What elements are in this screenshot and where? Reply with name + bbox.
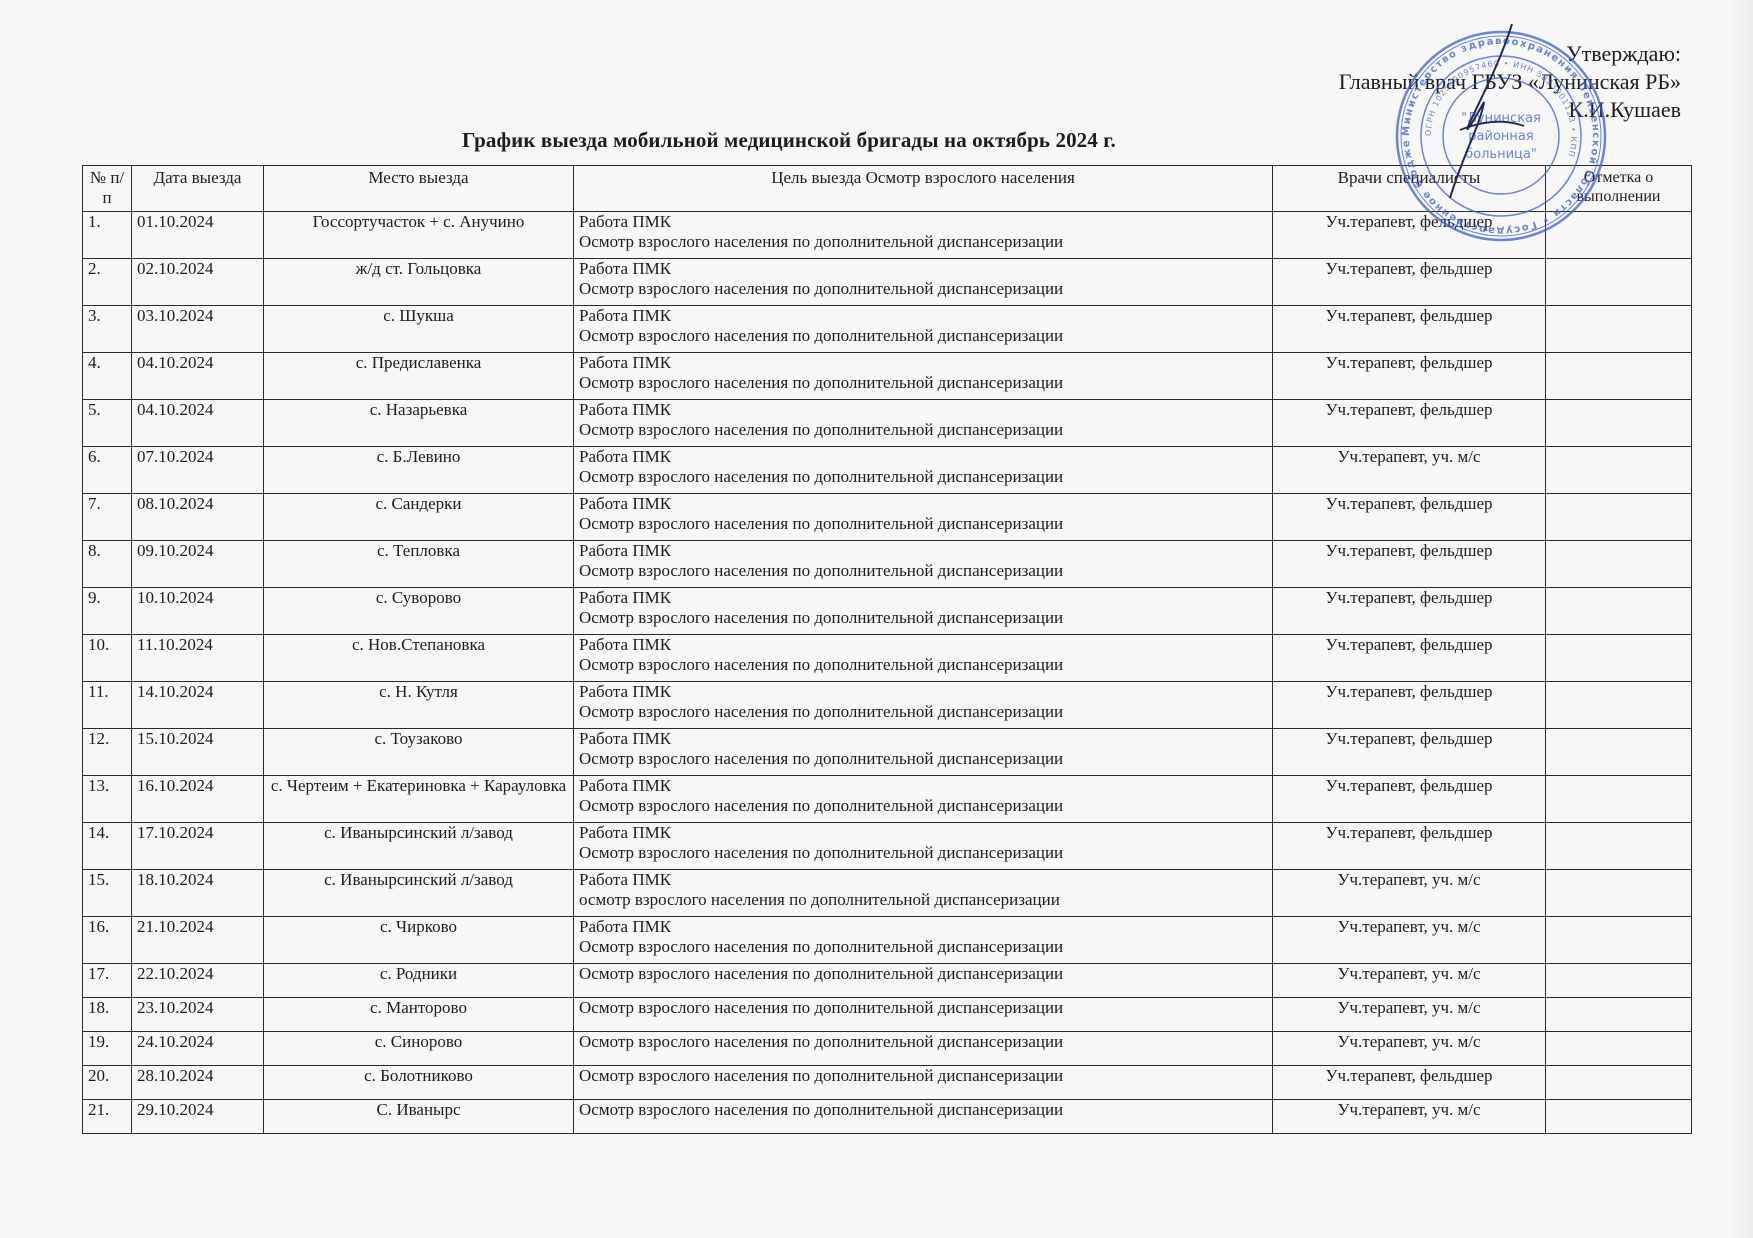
departure-date: 08.10.2024 xyxy=(132,494,264,541)
goal-line-exam: Осмотр взрослого населения по дополнител… xyxy=(579,998,1267,1018)
departure-place: с. Иванырсинский л/завод xyxy=(264,823,574,870)
row-number: 9. xyxy=(83,588,132,635)
header-date: Дата выезда xyxy=(132,166,264,212)
row-number: 4. xyxy=(83,353,132,400)
departure-date: 17.10.2024 xyxy=(132,823,264,870)
goal-line-exam: Осмотр взрослого населения по дополнител… xyxy=(579,279,1267,299)
goal-line-work: Работа ПМК xyxy=(579,917,1267,937)
table-row: 4.04.10.2024с. ПредиславенкаРабота ПМКОс… xyxy=(83,353,1692,400)
table-row: 1.01.10.2024Госсортучасток + с. АнучиноР… xyxy=(83,212,1692,259)
goal-line-exam: Осмотр взрослого населения по дополнител… xyxy=(579,655,1267,675)
approval-block: Утверждаю: Главный врач ГБУЗ «Лунинская … xyxy=(1339,40,1681,124)
specialists: Уч.терапевт, уч. м/с xyxy=(1273,447,1546,494)
table-row: 16.21.10.2024с. ЧирковоРабота ПМКОсмотр … xyxy=(83,917,1692,964)
departure-date: 29.10.2024 xyxy=(132,1100,264,1134)
goal-line-exam: осмотр взрослого населения по дополнител… xyxy=(579,890,1267,910)
departure-goal: Осмотр взрослого населения по дополнител… xyxy=(574,1032,1273,1066)
departure-place: Госсортучасток + с. Анучино xyxy=(264,212,574,259)
departure-goal: Работа ПМКОсмотр взрослого населения по … xyxy=(574,729,1273,776)
goal-line-work: Работа ПМК xyxy=(579,447,1267,467)
table-row: 6.07.10.2024с. Б.ЛевиноРабота ПМКОсмотр … xyxy=(83,447,1692,494)
goal-line-work: Работа ПМК xyxy=(579,635,1267,655)
approval-position: Главный врач ГБУЗ «Лунинская РБ» xyxy=(1339,68,1681,96)
goal-line-exam: Осмотр взрослого населения по дополнител… xyxy=(579,964,1267,984)
table-row: 20.28.10.2024с. БолотниковоОсмотр взросл… xyxy=(83,1066,1692,1100)
departure-goal: Работа ПМКОсмотр взрослого населения по … xyxy=(574,588,1273,635)
completion-mark-cell[interactable] xyxy=(1546,306,1692,353)
goal-line-exam: Осмотр взрослого населения по дополнител… xyxy=(579,373,1267,393)
departure-goal: Работа ПМКОсмотр взрослого населения по … xyxy=(574,541,1273,588)
goal-line-exam: Осмотр взрослого населения по дополнител… xyxy=(579,514,1267,534)
table-row: 14.17.10.2024с. Иванырсинский л/заводРаб… xyxy=(83,823,1692,870)
header-doctors: Врачи специалисты xyxy=(1273,166,1546,212)
departure-place: С. Иванырс xyxy=(264,1100,574,1134)
departure-date: 11.10.2024 xyxy=(132,635,264,682)
goal-line-work: Работа ПМК xyxy=(579,588,1267,608)
row-number: 11. xyxy=(83,682,132,729)
completion-mark-cell[interactable] xyxy=(1546,447,1692,494)
page-edge-shadow xyxy=(1729,0,1753,1238)
goal-line-exam: Осмотр взрослого населения по дополнител… xyxy=(579,843,1267,863)
header-mark: Отметка о выполнении xyxy=(1546,166,1692,212)
goal-line-work: Работа ПМК xyxy=(579,212,1267,232)
goal-line-exam: Осмотр взрослого населения по дополнител… xyxy=(579,232,1267,252)
goal-line-work: Работа ПМК xyxy=(579,306,1267,326)
table-row: 2.02.10.2024ж/д ст. ГольцовкаРабота ПМКО… xyxy=(83,259,1692,306)
departure-place: с. Болотниково xyxy=(264,1066,574,1100)
departure-goal: Осмотр взрослого населения по дополнител… xyxy=(574,998,1273,1032)
completion-mark-cell[interactable] xyxy=(1546,1066,1692,1100)
specialists: Уч.терапевт, фельдшер xyxy=(1273,635,1546,682)
goal-line-exam: Осмотр взрослого населения по дополнител… xyxy=(579,1032,1267,1052)
goal-line-work: Работа ПМК xyxy=(579,541,1267,561)
specialists: Уч.терапевт, фельдшер xyxy=(1273,682,1546,729)
departure-date: 07.10.2024 xyxy=(132,447,264,494)
approval-signatory: К.И.Кушаев xyxy=(1339,96,1681,124)
completion-mark-cell[interactable] xyxy=(1546,635,1692,682)
row-number: 6. xyxy=(83,447,132,494)
specialists: Уч.терапевт, уч. м/с xyxy=(1273,1032,1546,1066)
table-row: 3.03.10.2024с. ШукшаРабота ПМКОсмотр взр… xyxy=(83,306,1692,353)
departure-place: с. Иванырсинский л/завод xyxy=(264,870,574,917)
specialists: Уч.терапевт, фельдшер xyxy=(1273,541,1546,588)
departure-place: с. Родники xyxy=(264,964,574,998)
departure-goal: Осмотр взрослого населения по дополнител… xyxy=(574,964,1273,998)
departure-date: 14.10.2024 xyxy=(132,682,264,729)
specialists: Уч.терапевт, уч. м/с xyxy=(1273,964,1546,998)
table-row: 18.23.10.2024с. МанторовоОсмотр взрослог… xyxy=(83,998,1692,1032)
specialists: Уч.терапевт, фельдшер xyxy=(1273,353,1546,400)
specialists: Уч.терапевт, фельдшер xyxy=(1273,259,1546,306)
specialists: Уч.терапевт, фельдшер xyxy=(1273,729,1546,776)
row-number: 19. xyxy=(83,1032,132,1066)
departure-goal: Работа ПМКОсмотр взрослого населения по … xyxy=(574,212,1273,259)
table-row: 15.18.10.2024с. Иванырсинский л/заводРаб… xyxy=(83,870,1692,917)
departure-goal: Работа ПМКОсмотр взрослого населения по … xyxy=(574,682,1273,729)
departure-goal: Осмотр взрослого населения по дополнител… xyxy=(574,1066,1273,1100)
row-number: 15. xyxy=(83,870,132,917)
approval-heading: Утверждаю: xyxy=(1339,40,1681,68)
row-number: 2. xyxy=(83,259,132,306)
goal-line-exam: Осмотр взрослого населения по дополнител… xyxy=(579,796,1267,816)
row-number: 18. xyxy=(83,998,132,1032)
goal-line-exam: Осмотр взрослого населения по дополнител… xyxy=(579,1066,1267,1086)
table-row: 11.14.10.2024с. Н. КутляРабота ПМКОсмотр… xyxy=(83,682,1692,729)
specialists: Уч.терапевт, уч. м/с xyxy=(1273,998,1546,1032)
departure-place: с. Нов.Степановка xyxy=(264,635,574,682)
table-row: 17.22.10.2024с. РодникиОсмотр взрослого … xyxy=(83,964,1692,998)
row-number: 1. xyxy=(83,212,132,259)
departure-goal: Работа ПМКосмотр взрослого населения по … xyxy=(574,870,1273,917)
goal-line-work: Работа ПМК xyxy=(579,400,1267,420)
departure-date: 21.10.2024 xyxy=(132,917,264,964)
departure-goal: Работа ПМКОсмотр взрослого населения по … xyxy=(574,776,1273,823)
departure-place: с. Тоузаково xyxy=(264,729,574,776)
departure-place: с. Назарьевка xyxy=(264,400,574,447)
departure-goal: Работа ПМКОсмотр взрослого населения по … xyxy=(574,353,1273,400)
departure-date: 03.10.2024 xyxy=(132,306,264,353)
goal-line-exam: Осмотр взрослого населения по дополнител… xyxy=(579,937,1267,957)
specialists: Уч.терапевт, фельдшер xyxy=(1273,1066,1546,1100)
completion-mark-cell[interactable] xyxy=(1546,870,1692,917)
departure-place: с. Чертеим + Екатериновка + Карауловка xyxy=(264,776,574,823)
goal-line-work: Работа ПМК xyxy=(579,729,1267,749)
departure-goal: Работа ПМКОсмотр взрослого населения по … xyxy=(574,400,1273,447)
goal-line-exam: Осмотр взрослого населения по дополнител… xyxy=(579,749,1267,769)
goal-line-exam: Осмотр взрослого населения по дополнител… xyxy=(579,326,1267,346)
completion-mark-cell[interactable] xyxy=(1546,1032,1692,1066)
row-number: 17. xyxy=(83,964,132,998)
row-number: 7. xyxy=(83,494,132,541)
completion-mark-cell[interactable] xyxy=(1546,1100,1692,1134)
completion-mark-cell[interactable] xyxy=(1546,964,1692,998)
table-header-row: № п/п Дата выезда Место выезда Цель выез… xyxy=(83,166,1692,212)
departure-place: с. Суворово xyxy=(264,588,574,635)
completion-mark-cell[interactable] xyxy=(1546,541,1692,588)
completion-mark-cell[interactable] xyxy=(1546,917,1692,964)
departure-place: с. Шукша xyxy=(264,306,574,353)
goal-line-exam: Осмотр взрослого населения по дополнител… xyxy=(579,420,1267,440)
departure-goal: Работа ПМКОсмотр взрослого населения по … xyxy=(574,447,1273,494)
departure-date: 02.10.2024 xyxy=(132,259,264,306)
goal-line-exam: Осмотр взрослого населения по дополнител… xyxy=(579,608,1267,628)
table-row: 5.04.10.2024с. НазарьевкаРабота ПМКОсмот… xyxy=(83,400,1692,447)
departure-goal: Работа ПМКОсмотр взрослого населения по … xyxy=(574,917,1273,964)
departure-place: с. Тепловка xyxy=(264,541,574,588)
row-number: 21. xyxy=(83,1100,132,1134)
departure-date: 22.10.2024 xyxy=(132,964,264,998)
completion-mark-cell[interactable] xyxy=(1546,212,1692,259)
completion-mark-cell[interactable] xyxy=(1546,494,1692,541)
departure-date: 01.10.2024 xyxy=(132,212,264,259)
departure-date: 23.10.2024 xyxy=(132,998,264,1032)
departure-place: с. Н. Кутля xyxy=(264,682,574,729)
completion-mark-cell[interactable] xyxy=(1546,353,1692,400)
header-number: № п/п xyxy=(83,166,132,212)
specialists: Уч.терапевт, фельдшер xyxy=(1273,306,1546,353)
row-number: 8. xyxy=(83,541,132,588)
departure-place: с. Чирково xyxy=(264,917,574,964)
specialists: Уч.терапевт, уч. м/с xyxy=(1273,1100,1546,1134)
completion-mark-cell[interactable] xyxy=(1546,588,1692,635)
departure-place: ж/д ст. Гольцовка xyxy=(264,259,574,306)
departure-date: 04.10.2024 xyxy=(132,400,264,447)
header-goal: Цель выезда Осмотр взрослого населения xyxy=(574,166,1273,212)
goal-line-work: Работа ПМК xyxy=(579,494,1267,514)
goal-line-work: Работа ПМК xyxy=(579,776,1267,796)
table-row: 19.24.10.2024с. СиноровоОсмотр взрослого… xyxy=(83,1032,1692,1066)
stamp-center-line: районная xyxy=(1468,129,1533,144)
departure-date: 09.10.2024 xyxy=(132,541,264,588)
departure-place: с. Сандерки xyxy=(264,494,574,541)
departure-goal: Работа ПМКОсмотр взрослого населения по … xyxy=(574,494,1273,541)
document-title: График выезда мобильной медицинской бриг… xyxy=(462,128,1116,153)
table-row: 9.10.10.2024с. СуворовоРабота ПМКОсмотр … xyxy=(83,588,1692,635)
table-row: 10.11.10.2024с. Нов.СтепановкаРабота ПМК… xyxy=(83,635,1692,682)
departure-goal: Работа ПМКОсмотр взрослого населения по … xyxy=(574,635,1273,682)
specialists: Уч.терапевт, фельдшер xyxy=(1273,494,1546,541)
departure-date: 18.10.2024 xyxy=(132,870,264,917)
header-place: Место выезда xyxy=(264,166,574,212)
row-number: 12. xyxy=(83,729,132,776)
goal-line-exam: Осмотр взрослого населения по дополнител… xyxy=(579,561,1267,581)
specialists: Уч.терапевт, фельдшер xyxy=(1273,400,1546,447)
completion-mark-cell[interactable] xyxy=(1546,823,1692,870)
departure-place: с. Б.Левино xyxy=(264,447,574,494)
specialists: Уч.терапевт, уч. м/с xyxy=(1273,870,1546,917)
departure-place: с. Предиславенка xyxy=(264,353,574,400)
table-row: 12.15.10.2024с. ТоузаковоРабота ПМКОсмот… xyxy=(83,729,1692,776)
completion-mark-cell[interactable] xyxy=(1546,259,1692,306)
row-number: 16. xyxy=(83,917,132,964)
table-row: 13.16.10.2024с. Чертеим + Екатериновка +… xyxy=(83,776,1692,823)
specialists: Уч.терапевт, фельдшер xyxy=(1273,588,1546,635)
goal-line-exam: Осмотр взрослого населения по дополнител… xyxy=(579,467,1267,487)
row-number: 13. xyxy=(83,776,132,823)
row-number: 3. xyxy=(83,306,132,353)
table-row: 7.08.10.2024с. СандеркиРабота ПМКОсмотр … xyxy=(83,494,1692,541)
departure-date: 24.10.2024 xyxy=(132,1032,264,1066)
departure-date: 15.10.2024 xyxy=(132,729,264,776)
table-row: 8.09.10.2024с. ТепловкаРабота ПМКОсмотр … xyxy=(83,541,1692,588)
completion-mark-cell[interactable] xyxy=(1546,729,1692,776)
departure-date: 10.10.2024 xyxy=(132,588,264,635)
completion-mark-cell[interactable] xyxy=(1546,776,1692,823)
goal-line-work: Работа ПМК xyxy=(579,682,1267,702)
departure-date: 04.10.2024 xyxy=(132,353,264,400)
stamp-center-line: больница" xyxy=(1465,147,1537,162)
departure-date: 16.10.2024 xyxy=(132,776,264,823)
completion-mark-cell[interactable] xyxy=(1546,682,1692,729)
row-number: 20. xyxy=(83,1066,132,1100)
departure-place: с. Синорово xyxy=(264,1032,574,1066)
row-number: 5. xyxy=(83,400,132,447)
departure-goal: Работа ПМКОсмотр взрослого населения по … xyxy=(574,306,1273,353)
completion-mark-cell[interactable] xyxy=(1546,400,1692,447)
departure-goal: Работа ПМКОсмотр взрослого населения по … xyxy=(574,259,1273,306)
completion-mark-cell[interactable] xyxy=(1546,998,1692,1032)
specialists: Уч.терапевт, фельдшер xyxy=(1273,212,1546,259)
goal-line-exam: Осмотр взрослого населения по дополнител… xyxy=(579,702,1267,722)
departure-date: 28.10.2024 xyxy=(132,1066,264,1100)
row-number: 10. xyxy=(83,635,132,682)
goal-line-work: Работа ПМК xyxy=(579,353,1267,373)
specialists: Уч.терапевт, фельдшер xyxy=(1273,823,1546,870)
goal-line-work: Работа ПМК xyxy=(579,870,1267,890)
goal-line-work: Работа ПМК xyxy=(579,259,1267,279)
table-row: 21.29.10.2024С. ИванырсОсмотр взрослого … xyxy=(83,1100,1692,1134)
departure-place: с. Манторово xyxy=(264,998,574,1032)
schedule-table: № п/п Дата выезда Место выезда Цель выез… xyxy=(82,165,1692,1134)
departure-goal: Работа ПМКОсмотр взрослого населения по … xyxy=(574,823,1273,870)
specialists: Уч.терапевт, фельдшер xyxy=(1273,776,1546,823)
specialists: Уч.терапевт, уч. м/с xyxy=(1273,917,1546,964)
goal-line-work: Работа ПМК xyxy=(579,823,1267,843)
row-number: 14. xyxy=(83,823,132,870)
goal-line-exam: Осмотр взрослого населения по дополнител… xyxy=(579,1100,1267,1120)
departure-goal: Осмотр взрослого населения по дополнител… xyxy=(574,1100,1273,1134)
